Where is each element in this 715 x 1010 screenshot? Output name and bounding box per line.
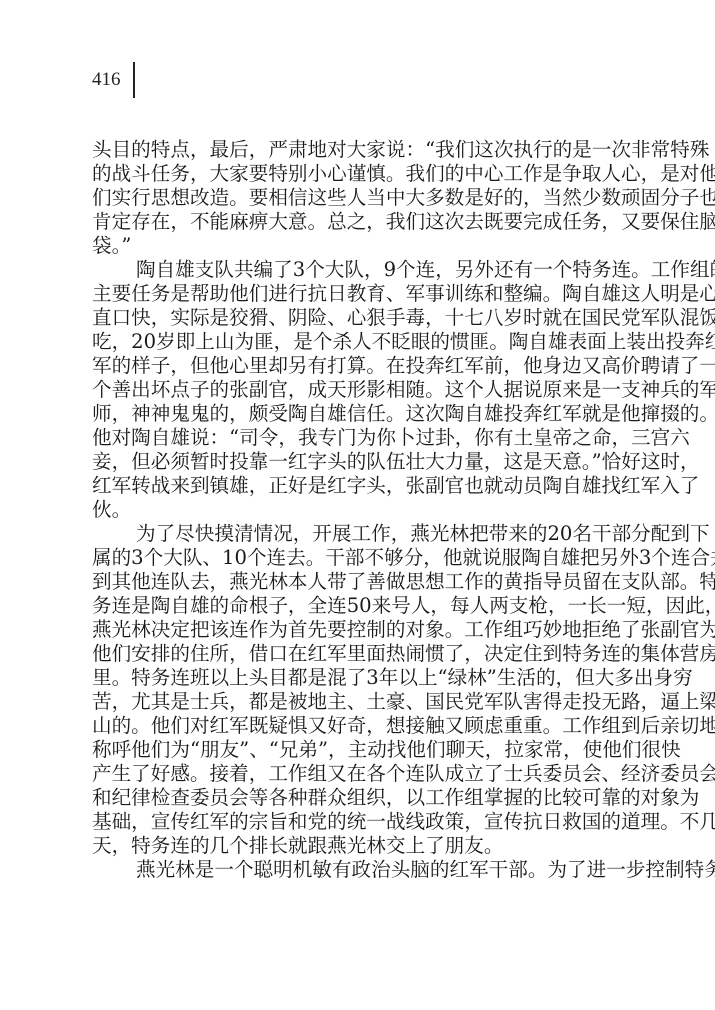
text-line: 务连是陶自雄的命根子，全连50来号人，每人两支枪，一长一短，因此， — [92, 594, 599, 618]
text-line: 主要任务是帮助他们进行抗日教育、军事训练和整编。陶自雄这人明是心 — [92, 282, 599, 306]
text-line: 红军转战来到镇雄，正好是红字头，张副官也就动员陶自雄找红军入了 — [92, 474, 599, 498]
text-line: 燕光林是一个聪明机敏有政治头脑的红军干部。为了进一步控制特务 — [92, 858, 599, 882]
text-line: 妾，但必须暂时投靠一红字头的队伍壮大力量，这是天意。”恰好这时， — [92, 450, 599, 474]
text-line: 为了尽快摸清情况，开展工作，燕光林把带来的20名干部分配到下 — [92, 522, 599, 546]
paragraph: 陶自雄支队共编了3个大队，9个连，另外还有一个特务连。工作组的 主要任务是帮助他… — [92, 258, 599, 522]
page-header: 416 — [92, 62, 135, 98]
text-line: 燕光林决定把该连作为首先要控制的对象。工作组巧妙地拒绝了张副官为 — [92, 618, 599, 642]
text-line: 到其他连队去，燕光林本人带了善做思想工作的黄指导员留在支队部。特 — [92, 570, 599, 594]
text-line: 肯定存在，不能麻痹大意。总之，我们这次去既要完成任务，又要保住脑 — [92, 210, 599, 234]
text-line: 军的样子，但他心里却另有打算。在投奔红军前，他身边又高价聘请了一 — [92, 354, 599, 378]
text-line: 吃，20岁即上山为匪，是个杀人不眨眼的惯匪。陶自雄表面上装出投奔红 — [92, 330, 599, 354]
text-line: 和纪律检查委员会等各种群众组织，以工作组掌握的比较可靠的对象为 — [92, 786, 599, 810]
body-text: 头目的特点，最后，严肃地对大家说：“我们这次执行的是一次非常特殊 的战斗任务，大… — [92, 138, 599, 882]
paragraph: 为了尽快摸清情况，开展工作，燕光林把带来的20名干部分配到下 属的3个大队、10… — [92, 522, 599, 858]
page-number: 416 — [92, 69, 121, 91]
text-line: 伙。 — [92, 498, 599, 522]
text-line: 里。特务连班以上头目都是混了3年以上“绿林”生活的，但大多出身穷 — [92, 666, 599, 690]
text-line: 个善出坏点子的张副官，成天形影相随。这个人据说原来是一支神兵的军 — [92, 378, 599, 402]
text-line: 头目的特点，最后，严肃地对大家说：“我们这次执行的是一次非常特殊 — [92, 138, 599, 162]
text-line: 基础，宣传红军的宗旨和党的统一战线政策，宣传抗日救国的道理。不几 — [92, 810, 599, 834]
header-rule-divider — [133, 62, 135, 98]
text-line: 属的3个大队、10个连去。干部不够分，他就说服陶自雄把另外3个连合并 — [92, 546, 599, 570]
text-line: 的战斗任务，大家要特别小心谨慎。我们的中心工作是争取人心，是对他 — [92, 162, 599, 186]
text-line: 们实行思想改造。要相信这些人当中大多数是好的，当然少数顽固分子也 — [92, 186, 599, 210]
text-line: 袋。” — [92, 234, 599, 258]
text-line: 他们安排的住所，借口在红军里面热闹惯了，决定住到特务连的集体营房 — [92, 642, 599, 666]
text-line: 产生了好感。接着，工作组又在各个连队成立了士兵委员会、经济委员会 — [92, 762, 599, 786]
text-line: 师，神神鬼鬼的，颇受陶自雄信任。这次陶自雄投奔红军就是他撺掇的。 — [92, 402, 599, 426]
text-line: 天，特务连的几个排长就跟燕光林交上了朋友。 — [92, 834, 599, 858]
paragraph: 头目的特点，最后，严肃地对大家说：“我们这次执行的是一次非常特殊 的战斗任务，大… — [92, 138, 599, 258]
text-line: 称呼他们为“朋友”、“兄弟”，主动找他们聊天，拉家常，使他们很快 — [92, 738, 599, 762]
paragraph: 燕光林是一个聪明机敏有政治头脑的红军干部。为了进一步控制特务 — [92, 858, 599, 882]
text-line: 陶自雄支队共编了3个大队，9个连，另外还有一个特务连。工作组的 — [92, 258, 599, 282]
text-line: 直口快，实际是狡猾、阴险、心狠手毒，十七八岁时就在国民党军队混饭 — [92, 306, 599, 330]
text-line: 他对陶自雄说：“司令，我专门为你卜过卦，你有土皇帝之命，三宫六 — [92, 426, 599, 450]
text-line: 山的。他们对红军既疑惧又好奇，想接触又顾虑重重。工作组到后亲切地 — [92, 714, 599, 738]
text-line: 苦，尤其是士兵，都是被地主、土豪、国民党军队害得走投无路，逼上梁 — [92, 690, 599, 714]
